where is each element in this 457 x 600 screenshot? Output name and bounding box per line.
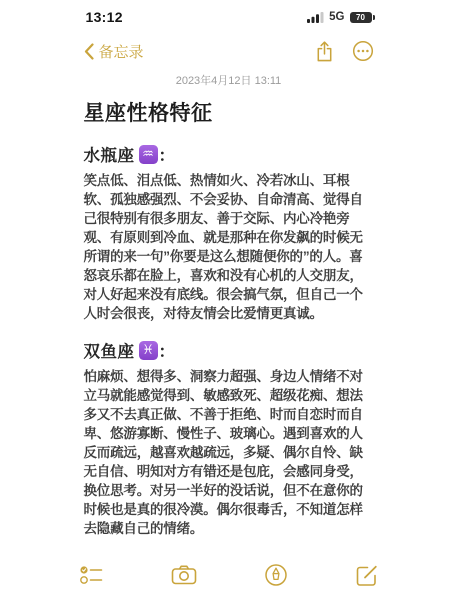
share-button[interactable] (314, 40, 335, 63)
back-button[interactable]: 备忘录 (84, 41, 144, 62)
signal-strength-icon (307, 12, 324, 23)
camera-button[interactable] (170, 562, 198, 588)
note-title[interactable]: 星座性格特征 (84, 97, 374, 127)
more-options-button[interactable] (352, 40, 374, 62)
markup-icon (263, 562, 289, 588)
bottom-toolbar (74, 562, 384, 588)
battery-percent-label: 70 (356, 13, 365, 22)
camera-icon (170, 562, 198, 588)
section-body-pisces[interactable]: 怕麻烦、想得多、洞察力超强、身边人情绪不对立马就能感觉得到、敏感致死、超级花痴、… (84, 367, 374, 538)
chevron-left-icon (84, 43, 94, 60)
status-right-cluster: 5G 70 (307, 11, 371, 23)
section-name: 水瓶座 (84, 142, 135, 166)
section-heading-pisces: 双鱼座 ♓ ： (84, 338, 374, 362)
checklist-icon (78, 562, 105, 588)
compose-icon (354, 562, 380, 588)
section-body-aquarius[interactable]: 笑点低、泪点低、热情如火、冷若冰山、耳根软、孤独感强烈、不会妥协、自命清高、觉得… (84, 171, 374, 323)
section-aquarius: 水瓶座 ♒ ： 笑点低、泪点低、热情如火、冷若冰山、耳根软、孤独感强烈、不会妥协… (84, 142, 374, 323)
aquarius-emoji: ♒ (139, 145, 158, 164)
notes-app-screen: 13:12 5G 70 备忘录 (84, 0, 374, 538)
battery-icon: 70 (350, 12, 372, 23)
note-date: 2023年4月12日 13:11 (84, 72, 374, 88)
back-button-label: 备忘录 (99, 41, 144, 62)
share-icon (314, 40, 335, 63)
section-name: 双鱼座 (84, 338, 135, 362)
nav-actions (314, 40, 374, 63)
battery-nub (373, 15, 375, 20)
section-colon: ： (159, 338, 176, 362)
markup-button[interactable] (263, 562, 289, 588)
ellipsis-circle-icon (352, 40, 374, 62)
section-heading-aquarius: 水瓶座 ♒ ： (84, 142, 374, 166)
section-pisces: 双鱼座 ♓ ： 怕麻烦、想得多、洞察力超强、身边人情绪不对立马就能感觉得到、敏感… (84, 338, 374, 538)
nav-bar: 备忘录 (84, 39, 374, 63)
network-type-label: 5G (329, 11, 344, 23)
status-time: 13:12 (86, 9, 123, 25)
status-bar: 13:12 5G 70 (84, 8, 374, 26)
pisces-emoji: ♓ (139, 341, 158, 360)
compose-button[interactable] (354, 562, 380, 588)
section-colon: ： (159, 142, 176, 166)
checklist-button[interactable] (78, 562, 105, 588)
